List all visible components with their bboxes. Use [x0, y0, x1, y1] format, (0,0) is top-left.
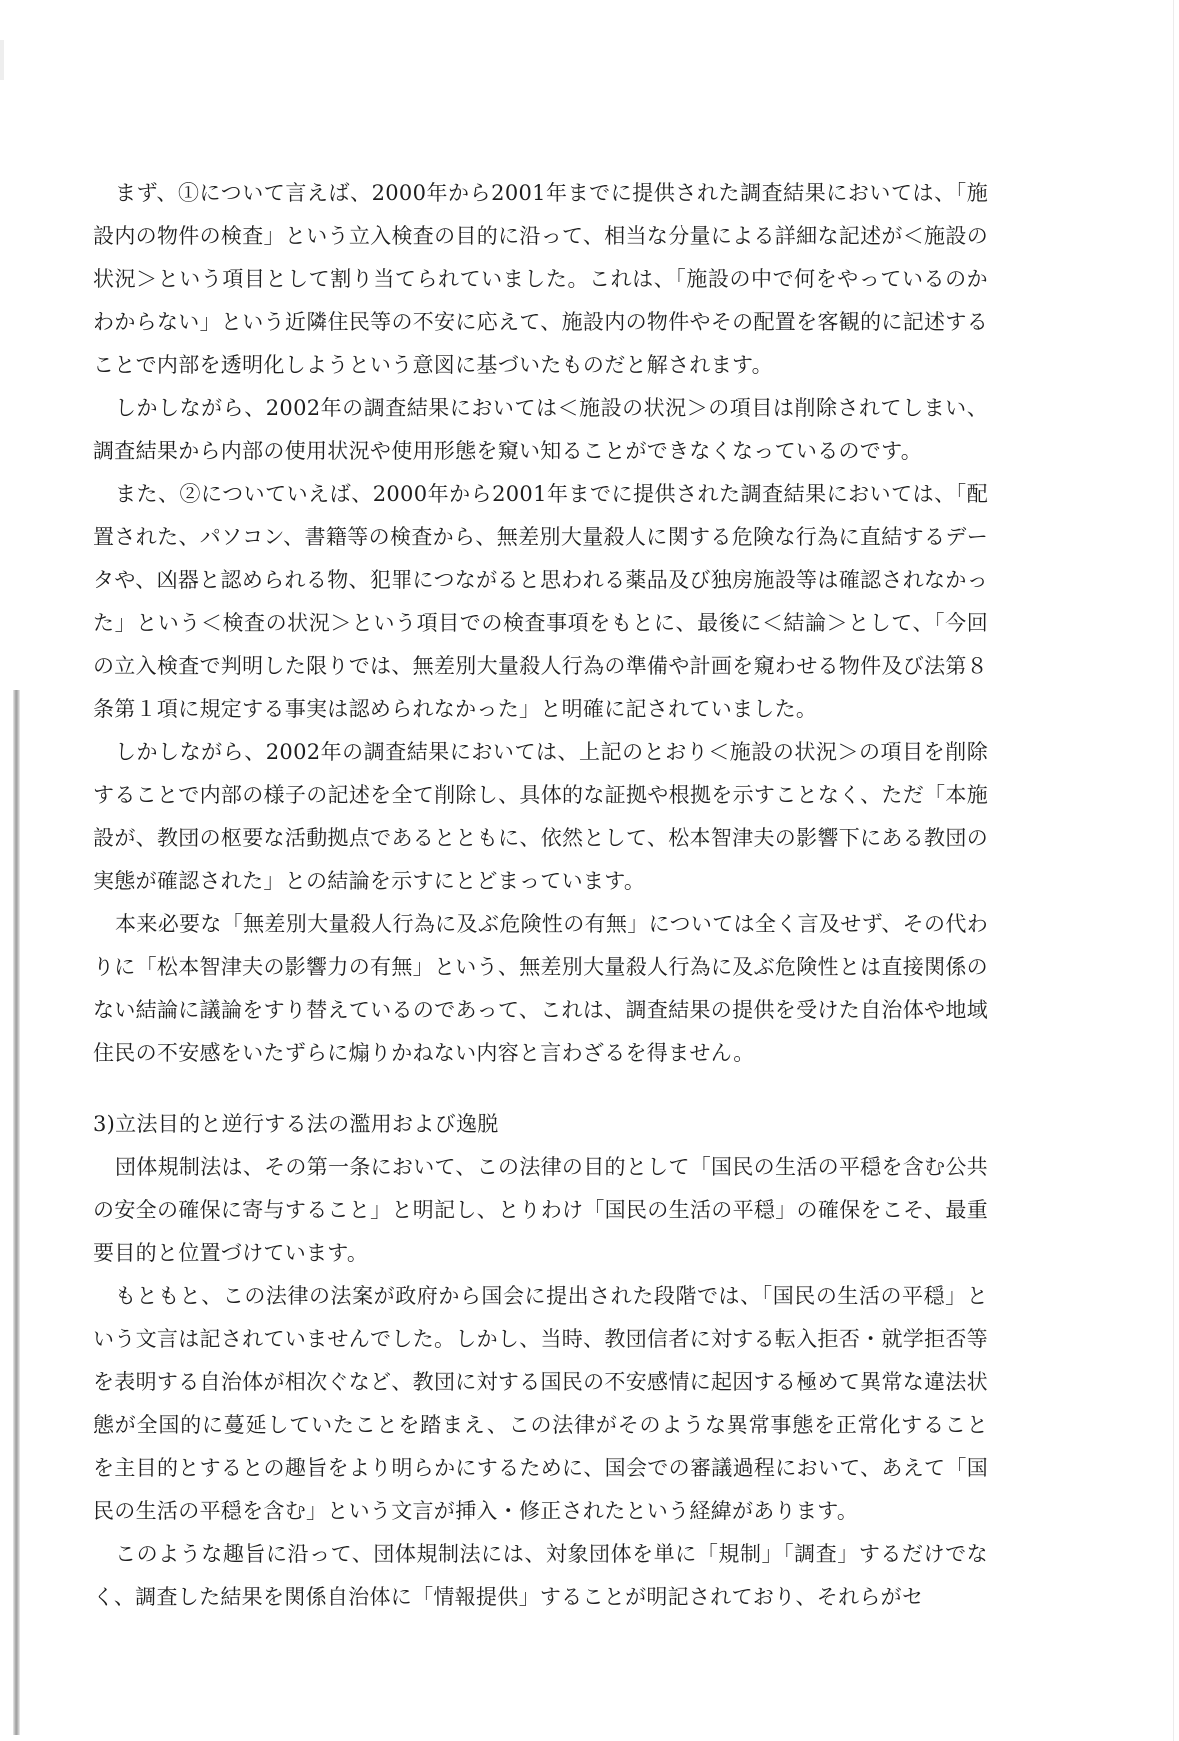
section-heading: 3)立法目的と逆行する法の濫用および逸脱	[93, 1103, 988, 1146]
document-page: まず、①について言えば、2000年から2001年までに提供された調査結果において…	[93, 172, 988, 1619]
scan-edge-mark	[0, 40, 4, 80]
paragraph-information-provision: このような趣旨に沿って、団体規制法には、対象団体を単に「規制」「調査」するだけで…	[93, 1533, 988, 1619]
page-right-edge	[1173, 0, 1174, 1741]
page-binding-shadow	[13, 690, 20, 1735]
paragraph-law-purpose: 団体規制法は、その第一条において、この法律の目的として「国民の生活の平穏を含む公…	[93, 1146, 988, 1275]
paragraph-2002-conclusion: しかしながら、2002年の調査結果においては、上記のとおり＜施設の状況＞の項目を…	[93, 731, 988, 903]
paragraph-facility-status-deleted: しかしながら、2002年の調査結果においては＜施設の状況＞の項目は削除されてしま…	[93, 387, 988, 473]
paragraph-argument-substitution: 本来必要な「無差別大量殺人行為に及ぶ危険性の有無」については全く言及せず、その代…	[93, 903, 988, 1075]
paragraph-legislative-history: もともと、この法律の法案が政府から国会に提出された段階では、「国民の生活の平穏」…	[93, 1275, 988, 1533]
paragraph-facility-status-intro: まず、①について言えば、2000年から2001年までに提供された調査結果において…	[93, 172, 988, 387]
paragraph-inspection-status: また、②についていえば、2000年から2001年までに提供された調査結果において…	[93, 473, 988, 731]
